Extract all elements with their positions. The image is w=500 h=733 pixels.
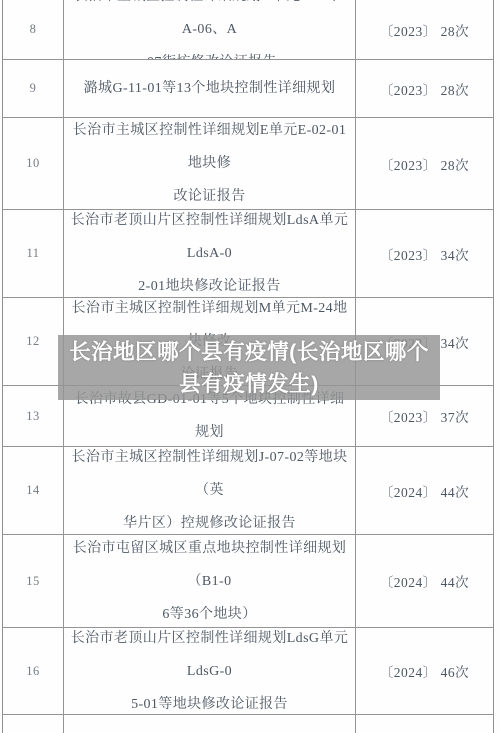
meeting-reference: 〔2023〕 34次 (356, 210, 493, 297)
row-number: 9 (3, 60, 64, 117)
meeting-reference: 〔2023〕 28次 (356, 0, 493, 59)
watermark-caption-overlay: 长治地区哪个县有疫情(长治地区哪个 县有疫情发生) (58, 335, 440, 400)
meeting-reference: 〔2023〕 28次 (356, 118, 493, 209)
table-row: 16 长治市老顶山片区控制性详细规划LdsG单元LdsG-0 5-01等地块修改… (3, 628, 493, 715)
document-title: 长治市老顶山片区控制性详细规划LdsA单元LdsA-0 2-01地块修改论证报告 (64, 210, 356, 297)
row-number: 12 (3, 298, 64, 385)
document-title (64, 715, 356, 733)
meeting-reference: 〔2024〕 46次 (356, 628, 493, 714)
table-row: 8 长治市主城区控制性详细规划A单元A-05、A-06、A -07街坊修改论证报… (3, 0, 493, 60)
title-line-2: 2-01地块修改论证报告 (70, 270, 349, 297)
row-number: 14 (3, 447, 64, 534)
row-number: 13 (3, 386, 64, 446)
title-line-1: 长治市屯留区城区重点地块控制性详细规划（B1-0 (70, 535, 349, 598)
table-row: 15 长治市屯留区城区重点地块控制性详细规划（B1-0 6等36个地块） 〔20… (3, 535, 493, 628)
row-number: 10 (3, 118, 64, 209)
document-title: 长治市主城区控制性详细规划E单元E-02-01地块修 改论证报告 (64, 118, 356, 209)
document-title: 长治市屯留区城区重点地块控制性详细规划（B1-0 6等36个地块） (64, 535, 356, 627)
page: { "table": { "rows": [ { "num": "8", "li… (0, 0, 500, 733)
row-number (3, 715, 64, 733)
title-line-1: 长治市主城区控制性详细规划A单元A-05、A-06、A (70, 0, 349, 46)
table-row: 9 潞城G-11-01等13个地块控制性详细规划 〔2023〕 28次 (3, 60, 493, 118)
row-number: 8 (3, 0, 64, 59)
title-line-1: 长治市主城区控制性详细规划E单元E-02-01地块修 (70, 118, 349, 180)
table-row: 14 长治市主城区控制性详细规划J-07-02等地块（英 华片区）控规修改论证报… (3, 447, 493, 535)
document-title: 长治市老顶山片区控制性详细规划LdsG单元LdsG-0 5-01等地块修改论证报… (64, 628, 356, 714)
title-line-1: 长治市老顶山片区控制性详细规划LdsG单元LdsG-0 (70, 628, 349, 688)
overlay-text-line-2: 县有疫情发生) (58, 368, 440, 400)
document-title: 长治市主城区控制性详细规划A单元A-05、A-06、A -07街坊修改论证报告 (64, 0, 356, 59)
document-title: 潞城G-11-01等13个地块控制性详细规划 (64, 60, 356, 117)
title-line-1: 长治市老顶山片区控制性详细规划LdsA单元LdsA-0 (70, 210, 349, 270)
row-number: 15 (3, 535, 64, 627)
title-line-1: 潞城G-11-01等13个地块控制性详细规划 (70, 72, 349, 105)
meeting-reference: 〔2024〕 44次 (356, 447, 493, 534)
meeting-reference: 〔2024〕 44次 (356, 535, 493, 627)
table-row-partial (3, 715, 493, 733)
meeting-reference: 〔2023〕 28次 (356, 60, 493, 117)
document-title: 长治市主城区控制性详细规划J-07-02等地块（英 华片区）控规修改论证报告 (64, 447, 356, 534)
row-number: 16 (3, 628, 64, 714)
meeting-reference (356, 715, 493, 733)
title-line-2: 华片区）控规修改论证报告 (70, 507, 349, 534)
overlay-text-line-1: 长治地区哪个县有疫情(长治地区哪个 (58, 336, 440, 368)
title-line-1: 长治市主城区控制性详细规划J-07-02等地块（英 (70, 447, 349, 507)
title-line-2: 6等36个地块） (70, 598, 349, 628)
table-row: 10 长治市主城区控制性详细规划E单元E-02-01地块修 改论证报告 〔202… (3, 118, 493, 210)
title-line-2: 5-01等地块修改论证报告 (70, 688, 349, 715)
title-line-2: -07街坊修改论证报告 (70, 46, 349, 59)
row-number: 11 (3, 210, 64, 297)
table-row: 11 长治市老顶山片区控制性详细规划LdsA单元LdsA-0 2-01地块修改论… (3, 210, 493, 298)
title-line-2: 改论证报告 (70, 180, 349, 209)
